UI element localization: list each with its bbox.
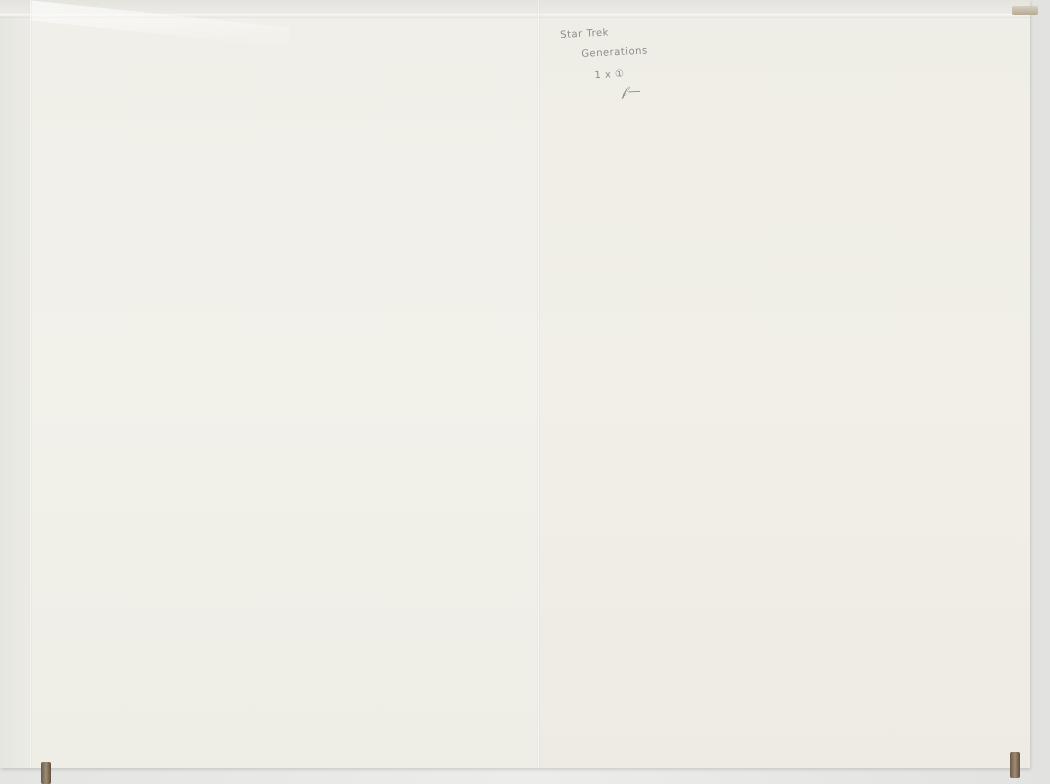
poster-left-panel [0, 0, 30, 768]
annotation-quantity: 1 x ① [594, 64, 722, 83]
photo-scene: Star Trek Generations 1 x ① 𝒻— [0, 0, 1050, 784]
vertical-fold-line-left [29, 0, 32, 768]
pencil-annotation: Star Trek Generations 1 x ① 𝒻— [560, 22, 724, 104]
pin-icon [41, 762, 51, 784]
annotation-subtitle: Generations [581, 42, 721, 61]
vertical-fold-line-center [537, 0, 540, 768]
pin-icon [1012, 6, 1038, 15]
poster-right-panel [538, 0, 1030, 768]
folded-poster-back: Star Trek Generations 1 x ① 𝒻— [0, 0, 1030, 768]
pin-icon [1010, 752, 1020, 778]
poster-middle-panel [30, 0, 538, 768]
